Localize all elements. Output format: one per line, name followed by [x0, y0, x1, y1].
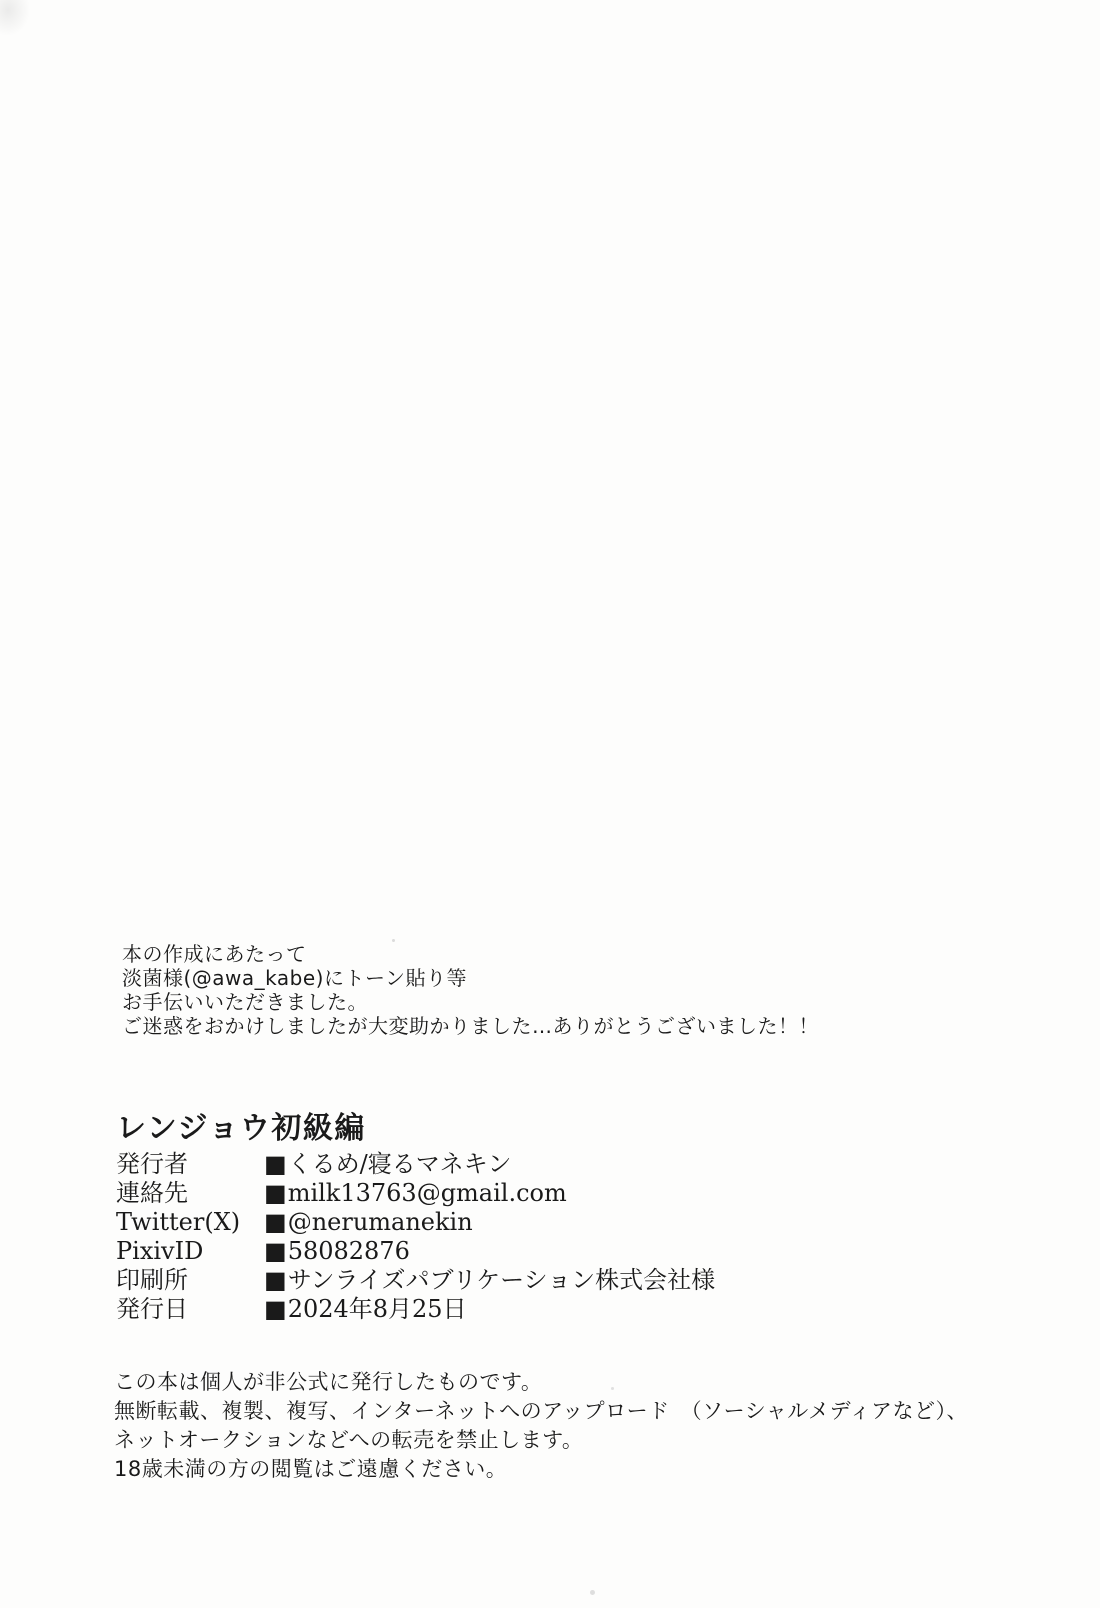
colophon-row-contact: 連絡先 ■ milk13763@gmail.com — [116, 1179, 715, 1208]
scan-speck — [590, 1590, 595, 1595]
colophon-row-printer: 印刷所 ■ サンライズパブリケーション株式会社様 — [116, 1266, 715, 1295]
square-bullet-icon: ■ — [264, 1179, 287, 1208]
square-bullet-icon: ■ — [264, 1266, 287, 1295]
book-title: レンジョウ初級編 — [116, 1112, 366, 1146]
colophon-row-twitter: Twitter(X) ■ @nerumanekin — [116, 1208, 715, 1237]
disclaimer-line: ネットオークションなどへの転売を禁止します。 — [114, 1426, 968, 1455]
colophon-row-value: 58082876 — [288, 1237, 410, 1266]
disclaimer-line: この本は個人が非公式に発行したものです。 — [114, 1368, 968, 1397]
scan-smudge — [0, 0, 30, 36]
colophon-info: 発行者 ■ くるめ/寝るマネキン 連絡先 ■ milk13763@gmail.c… — [116, 1150, 715, 1324]
disclaimer-line: 無断転載、複製、複写、インターネットへのアップロード （ソーシャルメディアなど）… — [114, 1397, 968, 1426]
colophon-row-publisher: 発行者 ■ くるめ/寝るマネキン — [116, 1150, 715, 1179]
colophon-row-label: 発行者 — [116, 1150, 264, 1179]
colophon-row-pixiv: PixivID ■ 58082876 — [116, 1237, 715, 1266]
colophon-row-label: 連絡先 — [116, 1179, 264, 1208]
square-bullet-icon: ■ — [264, 1150, 287, 1179]
colophon-row-value: くるめ/寝るマネキン — [288, 1150, 512, 1179]
acknowledgment-line: ご迷惑をおかけしましたが大変助かりました…ありがとうございました！！ — [122, 1014, 819, 1038]
colophon-row-label: 発行日 — [116, 1295, 264, 1324]
acknowledgment-line: 本の作成にあたって — [122, 942, 819, 966]
scan-speck — [611, 1387, 614, 1390]
colophon-row-issue-date: 発行日 ■ 2024年8月25日 — [116, 1295, 715, 1324]
scan-speck — [392, 939, 395, 942]
colophon-row-label: 印刷所 — [116, 1266, 264, 1295]
colophon-row-value: @nerumanekin — [288, 1208, 473, 1237]
square-bullet-icon: ■ — [264, 1208, 287, 1237]
acknowledgment-line: 淡菌様(@awa_kabe)にトーン貼り等 — [122, 966, 819, 990]
colophon-row-value: 2024年8月25日 — [288, 1295, 467, 1324]
disclaimer-block: この本は個人が非公式に発行したものです。 無断転載、複製、複写、インターネットへ… — [114, 1368, 968, 1484]
acknowledgment-line: お手伝いいただきました。 — [122, 990, 819, 1014]
square-bullet-icon: ■ — [264, 1237, 287, 1266]
colophon-row-label: Twitter(X) — [116, 1208, 264, 1237]
colophon-row-label: PixivID — [116, 1237, 264, 1266]
colophon-row-value: サンライズパブリケーション株式会社様 — [288, 1266, 715, 1295]
colophon-row-value: milk13763@gmail.com — [288, 1179, 567, 1208]
square-bullet-icon: ■ — [264, 1295, 287, 1324]
colophon-page: 本の作成にあたって 淡菌様(@awa_kabe)にトーン貼り等 お手伝いいただき… — [0, 0, 1100, 1608]
acknowledgment-block: 本の作成にあたって 淡菌様(@awa_kabe)にトーン貼り等 お手伝いいただき… — [122, 942, 819, 1038]
disclaimer-line: 18歳未満の方の閲覧はご遠慮ください。 — [114, 1455, 968, 1484]
